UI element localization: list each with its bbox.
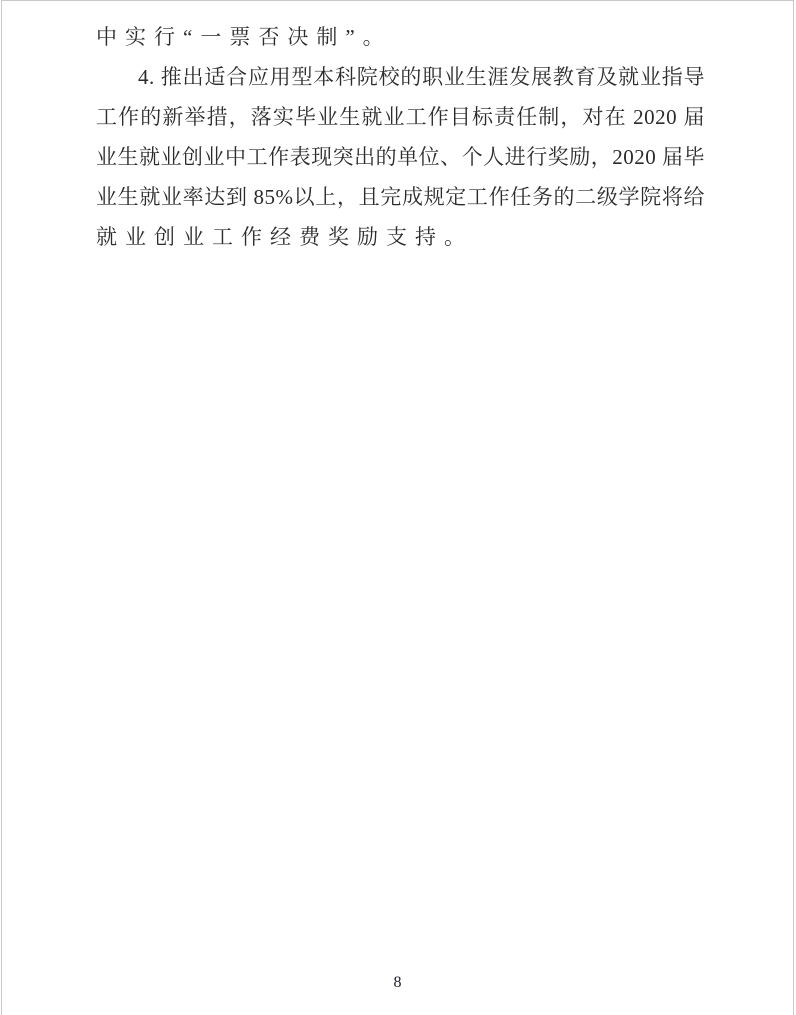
paragraph-line: 业生就业率达到 85%以上，且完成规定工作任务的二级学院将给予 bbox=[96, 177, 705, 217]
paragraph-line: 业生就业创业中工作表现突出的单位、个人进行奖励，2020 届毕 bbox=[96, 137, 705, 177]
page-number: 8 bbox=[2, 972, 793, 994]
document-page: 中实行“一票否决制”。 4. 推出适合应用型本科院校的职业生涯发展教育及就业指导… bbox=[1, 0, 794, 1015]
paragraph-end-line: 中实行“一票否决制”。 bbox=[96, 17, 705, 57]
body-text: 中实行“一票否决制”。 4. 推出适合应用型本科院校的职业生涯发展教育及就业指导… bbox=[96, 17, 705, 257]
paragraph-line: 工作的新举措，落实毕业生就业工作目标责任制，对在 2020 届毕 bbox=[96, 97, 705, 137]
paragraph-line: 4. 推出适合应用型本科院校的职业生涯发展教育及就业指导 bbox=[96, 57, 705, 97]
paragraph-end-line: 就业创业工作经费奖励支持。 bbox=[96, 217, 705, 257]
